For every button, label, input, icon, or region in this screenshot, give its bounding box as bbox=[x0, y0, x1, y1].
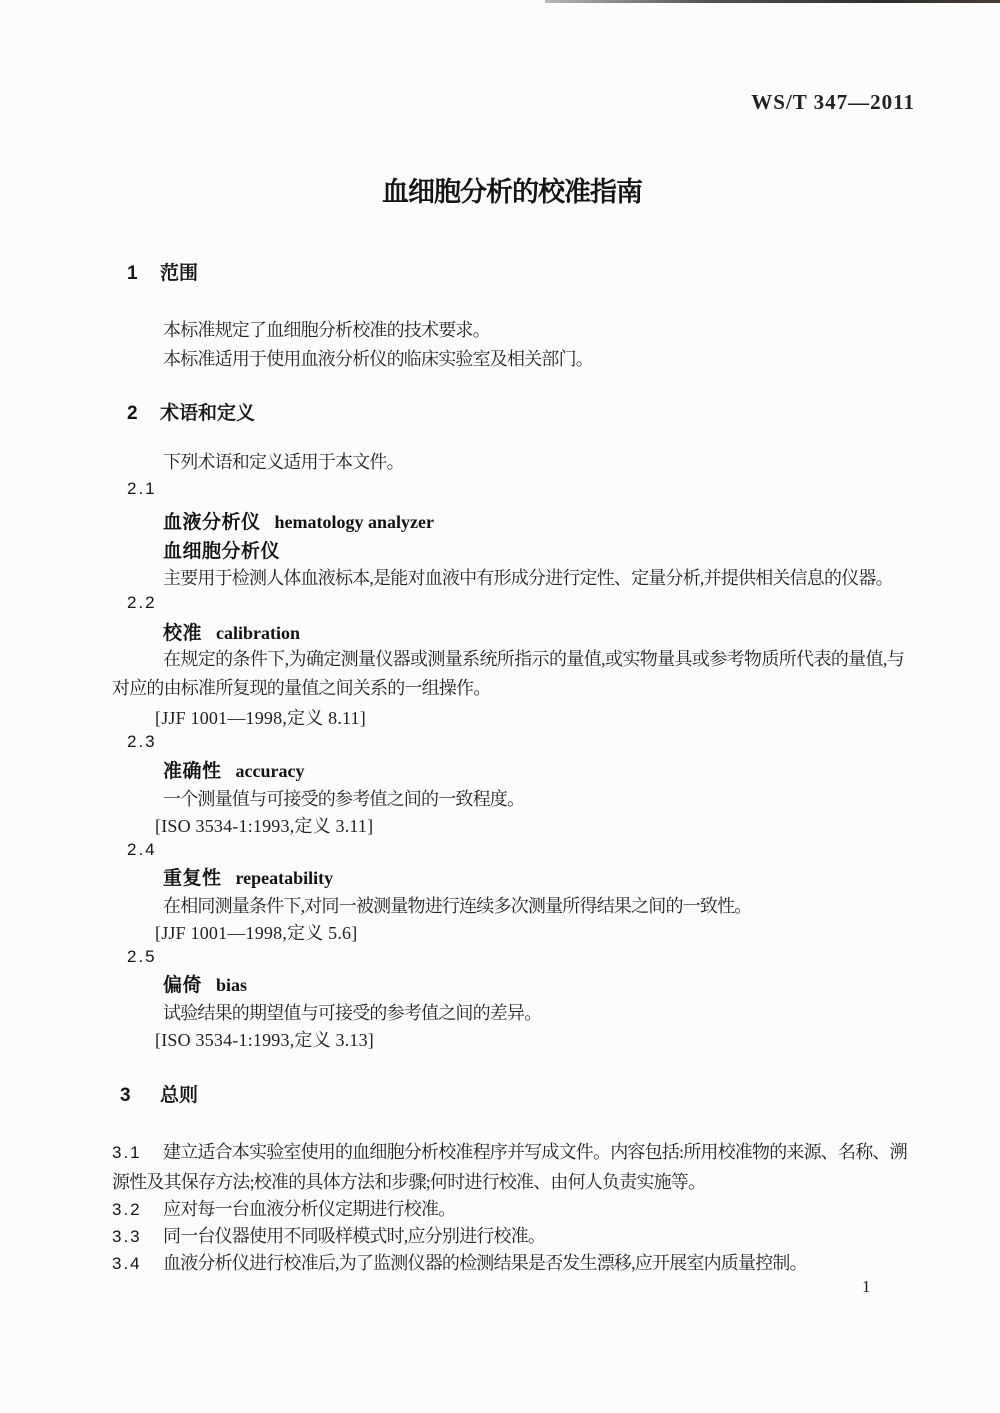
clause-3-4-number: 3.4 bbox=[112, 1249, 163, 1279]
section-3-heading: 3总则 bbox=[120, 1080, 198, 1107]
term-2-4-title: 重复性repeatability bbox=[163, 863, 333, 890]
standard-code: WS/T 347—2011 bbox=[751, 90, 915, 115]
clause-3-1: 3.1建立适合本实验室使用的血细胞分析校准程序并写成文件。内容包括:所用校准物的… bbox=[112, 1138, 914, 1197]
term-2-3-english: accuracy bbox=[236, 761, 305, 781]
section-1-heading: 1范围 bbox=[127, 258, 198, 285]
clause-3-4: 3.4血液分析仪进行校准后,为了监测仪器的检测结果是否发生漂移,应开展室内质量控… bbox=[112, 1249, 914, 1279]
term-2-1-definition: 主要用于检测人体血液标本,是能对血液中有形成分进行定性、定量分析,并提供相关信息… bbox=[163, 564, 893, 590]
term-2-2-chinese: 校准 bbox=[163, 623, 202, 644]
term-2-2-title: 校准calibration bbox=[163, 618, 300, 645]
term-2-5-english: bias bbox=[216, 975, 247, 995]
term-2-5-number: 2.5 bbox=[127, 947, 157, 967]
term-2-4-source: [JJF 1001—1998,定义 5.6] bbox=[155, 919, 357, 945]
term-2-2-english: calibration bbox=[216, 623, 300, 643]
section-2-label: 术语和定义 bbox=[160, 403, 255, 424]
term-2-1-alias: 血细胞分析仪 bbox=[163, 536, 280, 563]
term-2-5-source: [ISO 3534-1:1993,定义 3.13] bbox=[155, 1026, 374, 1052]
clause-3-2-number: 3.2 bbox=[112, 1195, 163, 1225]
term-2-1-english: hematology analyzer bbox=[275, 512, 434, 532]
term-2-2-source: [JJF 1001—1998,定义 8.11] bbox=[155, 704, 366, 730]
term-2-5-title: 偏倚bias bbox=[163, 970, 247, 997]
section-2-number: 2 bbox=[127, 403, 160, 425]
section-2-intro: 下列术语和定义适用于本文件。 bbox=[163, 448, 404, 474]
term-2-4-definition: 在相同测量条件下,对同一被测量物进行连续多次测量所得结果之间的一致性。 bbox=[163, 892, 752, 918]
scan-artifact-line bbox=[545, 0, 1000, 3]
term-2-4-chinese: 重复性 bbox=[163, 868, 222, 889]
term-2-1-chinese: 血液分析仪 bbox=[163, 512, 261, 533]
clause-3-4-text: 血液分析仪进行校准后,为了监测仪器的检测结果是否发生漂移,应开展室内质量控制。 bbox=[163, 1253, 807, 1273]
term-2-3-number: 2.3 bbox=[127, 732, 157, 752]
section-1-paragraph: 本标准适用于使用血液分析仪的临床实验室及相关部门。 bbox=[163, 345, 593, 371]
term-2-1-title: 血液分析仪hematology analyzer bbox=[163, 507, 434, 534]
term-2-3-title: 准确性accuracy bbox=[163, 756, 304, 783]
clause-3-3-text: 同一台仪器使用不同吸样模式时,应分别进行校准。 bbox=[163, 1226, 545, 1246]
document-page: WS/T 347—2011 血细胞分析的校准指南 1范围 本标准规定了血细胞分析… bbox=[0, 0, 1000, 1413]
section-1-paragraph: 本标准规定了血细胞分析校准的技术要求。 bbox=[163, 316, 490, 342]
term-2-2-number: 2.2 bbox=[127, 593, 157, 613]
clause-3-3: 3.3同一台仪器使用不同吸样模式时,应分别进行校准。 bbox=[112, 1222, 914, 1252]
clause-3-2: 3.2应对每一台血液分析仪定期进行校准。 bbox=[112, 1195, 914, 1225]
section-1-number: 1 bbox=[127, 263, 160, 285]
term-2-1-number: 2.1 bbox=[127, 479, 157, 499]
section-1-label: 范围 bbox=[160, 263, 198, 284]
section-3-label: 总则 bbox=[160, 1085, 198, 1106]
term-2-4-english: repeatability bbox=[236, 868, 334, 888]
clause-3-1-text: 建立适合本实验室使用的血细胞分析校准程序并写成文件。内容包括:所用校准物的来源、… bbox=[112, 1142, 907, 1192]
page-number: 1 bbox=[862, 1277, 871, 1297]
section-2-heading: 2术语和定义 bbox=[127, 398, 255, 425]
term-2-3-source: [ISO 3534-1:1993,定义 3.11] bbox=[155, 812, 373, 838]
document-title: 血细胞分析的校准指南 bbox=[24, 170, 1000, 209]
term-2-5-chinese: 偏倚 bbox=[163, 975, 202, 996]
clause-3-2-text: 应对每一台血液分析仪定期进行校准。 bbox=[163, 1199, 455, 1219]
clause-3-1-number: 3.1 bbox=[112, 1138, 163, 1168]
term-2-2-definition: 在规定的条件下,为确定测量仪器或测量系统所指示的量值,或实物量具或参考物质所代表… bbox=[112, 645, 904, 703]
term-2-3-chinese: 准确性 bbox=[163, 761, 222, 782]
clause-3-3-number: 3.3 bbox=[112, 1222, 163, 1252]
term-2-4-number: 2.4 bbox=[127, 840, 157, 860]
term-2-3-definition: 一个测量值与可接受的参考值之间的一致程度。 bbox=[163, 785, 524, 811]
term-2-5-definition: 试验结果的期望值与可接受的参考值之间的差异。 bbox=[163, 999, 541, 1025]
section-3-number: 3 bbox=[120, 1085, 160, 1107]
